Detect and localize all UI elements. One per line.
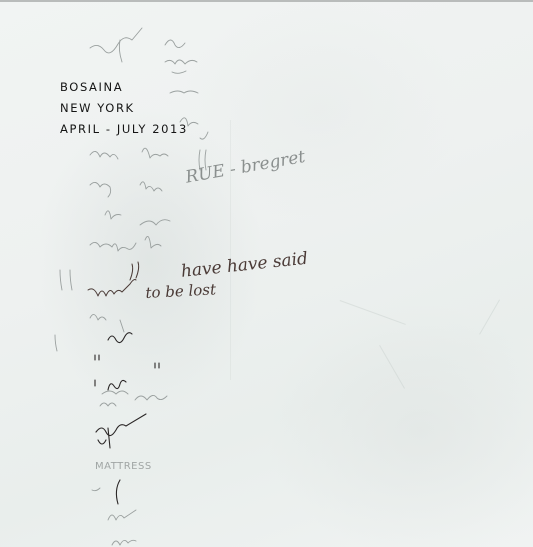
paper-crease — [340, 300, 406, 325]
handwriting-to-be-lost: to be lost — [145, 280, 216, 302]
paper-crease — [479, 300, 500, 335]
handwriting-rue: RUE - bregret — [184, 147, 307, 188]
title-location: NEW YORK — [60, 98, 188, 119]
title-dates: APRIL - JULY 2013 — [60, 119, 188, 140]
cover-title: BOSAINA NEW YORK APRIL - JULY 2013 — [60, 77, 188, 140]
album-cover: BOSAINA NEW YORK APRIL - JULY 2013 — [0, 0, 533, 547]
title-artist: BOSAINA — [60, 77, 188, 98]
handwriting-have-said: have have said — [180, 249, 309, 282]
handwriting-mattress: MATTRESS — [95, 461, 152, 472]
paper-crease — [379, 345, 405, 389]
paper-top-edge — [0, 0, 533, 2]
